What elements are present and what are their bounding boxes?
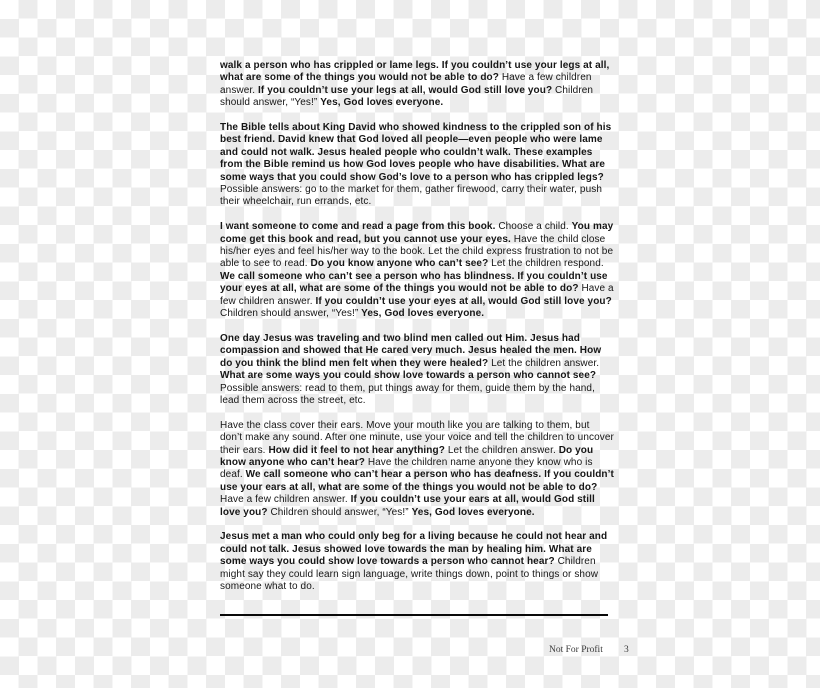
text-segment: Yes, God loves everyone.: [320, 97, 443, 108]
text-segment: We call someone who can’t hear a person …: [220, 469, 614, 492]
text-segment: The Bible tells about King David who sho…: [220, 122, 611, 183]
text-segment: We call someone who can’t see a person w…: [220, 271, 608, 294]
paragraph: Have the class cover their ears. Move yo…: [220, 420, 614, 519]
text-segment: Let the children answer.: [491, 358, 599, 369]
text-segment: If you couldn’t use your eyes at all, wo…: [315, 296, 611, 307]
text-segment: Jesus met a man who could only beg for a…: [220, 531, 607, 567]
text-segment: Possible answers: read to them, put thin…: [220, 383, 595, 406]
text-segment: Let the children respond.: [491, 258, 604, 269]
text-segment: Let the children answer.: [448, 445, 559, 456]
document-page: walk a person who has crippled or lame l…: [0, 0, 820, 688]
document-text: walk a person who has crippled or lame l…: [220, 60, 614, 606]
text-segment: What are some ways you could show love t…: [220, 370, 596, 381]
footer-page-number: 3: [624, 645, 629, 655]
text-segment: How did it feel to not hear anything?: [268, 445, 447, 456]
paragraph: Jesus met a man who could only beg for a…: [220, 531, 614, 593]
text-segment: I want someone to come and read a page f…: [220, 221, 498, 232]
text-segment: If you couldn’t use your legs at all, wo…: [258, 85, 555, 96]
paragraph: walk a person who has crippled or lame l…: [220, 60, 614, 110]
text-segment: Possible answers: go to the market for t…: [220, 184, 602, 207]
text-segment: Yes, God loves everyone.: [361, 308, 484, 319]
text-segment: Children should answer, “Yes!”: [220, 308, 361, 319]
text-segment: Have a few children answer.: [220, 494, 351, 505]
paragraph: I want someone to come and read a page f…: [220, 221, 614, 320]
text-segment: Yes, God loves everyone.: [412, 507, 535, 518]
text-segment: Do you know anyone who can’t see?: [311, 258, 492, 269]
text-segment: Children should answer, “Yes!”: [270, 507, 411, 518]
footer-not-for-profit: Not For Profit: [549, 645, 603, 655]
text-segment: Choose a child.: [498, 221, 571, 232]
paragraph: One day Jesus was traveling and two blin…: [220, 333, 614, 407]
footer-rule: [220, 614, 608, 616]
paragraph: The Bible tells about King David who sho…: [220, 122, 614, 209]
